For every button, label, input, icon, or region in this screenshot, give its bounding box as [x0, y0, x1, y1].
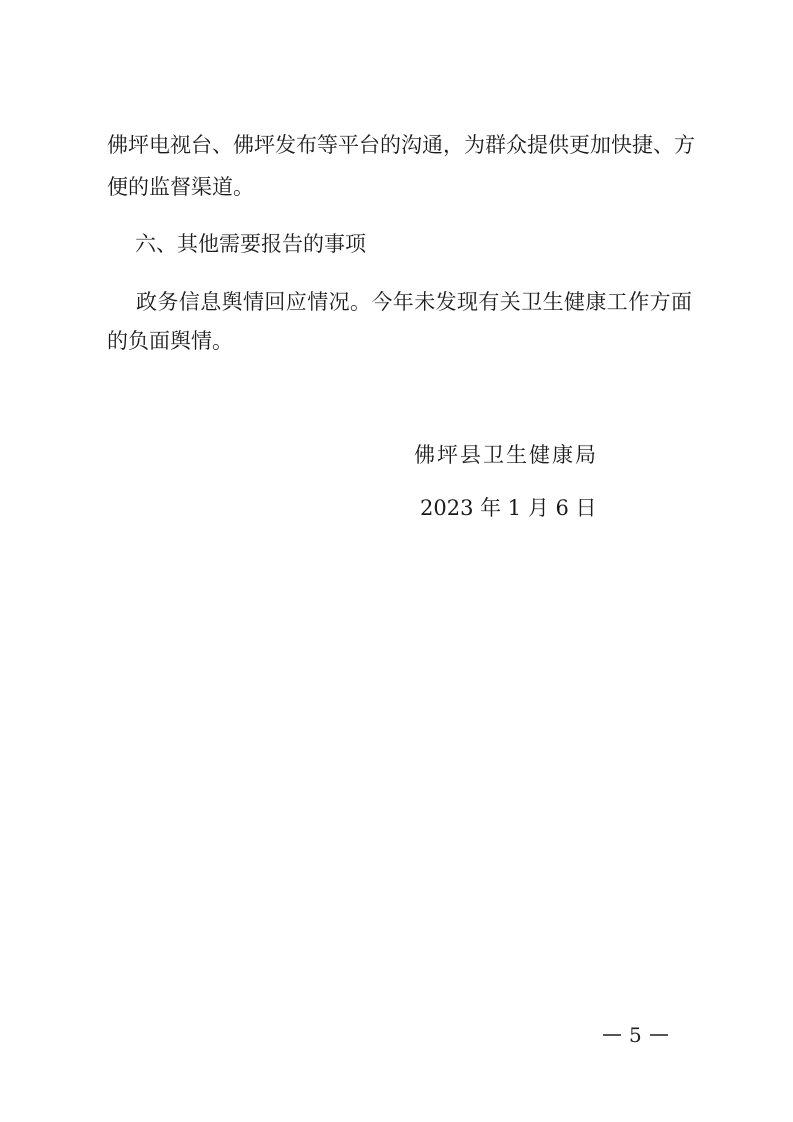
section-heading-other-matters: 六、其他需要报告的事项 [135, 229, 720, 259]
signature-organization: 佛坪县卫生健康局 [414, 440, 598, 470]
dash-right [650, 1034, 668, 1036]
section-6-line-1: 政务信息舆情回应情况。今年未发现有关卫生健康工作方面 [136, 287, 692, 317]
section-6-line-2: 的负面舆情。 [107, 326, 692, 356]
dash-left [603, 1034, 621, 1036]
signature-date: 2023 年 1 月 6 日 [420, 493, 597, 523]
paragraph-1-line-1: 佛坪电视台、佛坪发布等平台的沟通，为群众提供更加快捷、方 [107, 130, 692, 160]
page-footer: 5 [603, 1020, 668, 1050]
page-number: 5 [629, 1020, 642, 1050]
paragraph-1-line-2: 便的监督渠道。 [107, 172, 692, 202]
